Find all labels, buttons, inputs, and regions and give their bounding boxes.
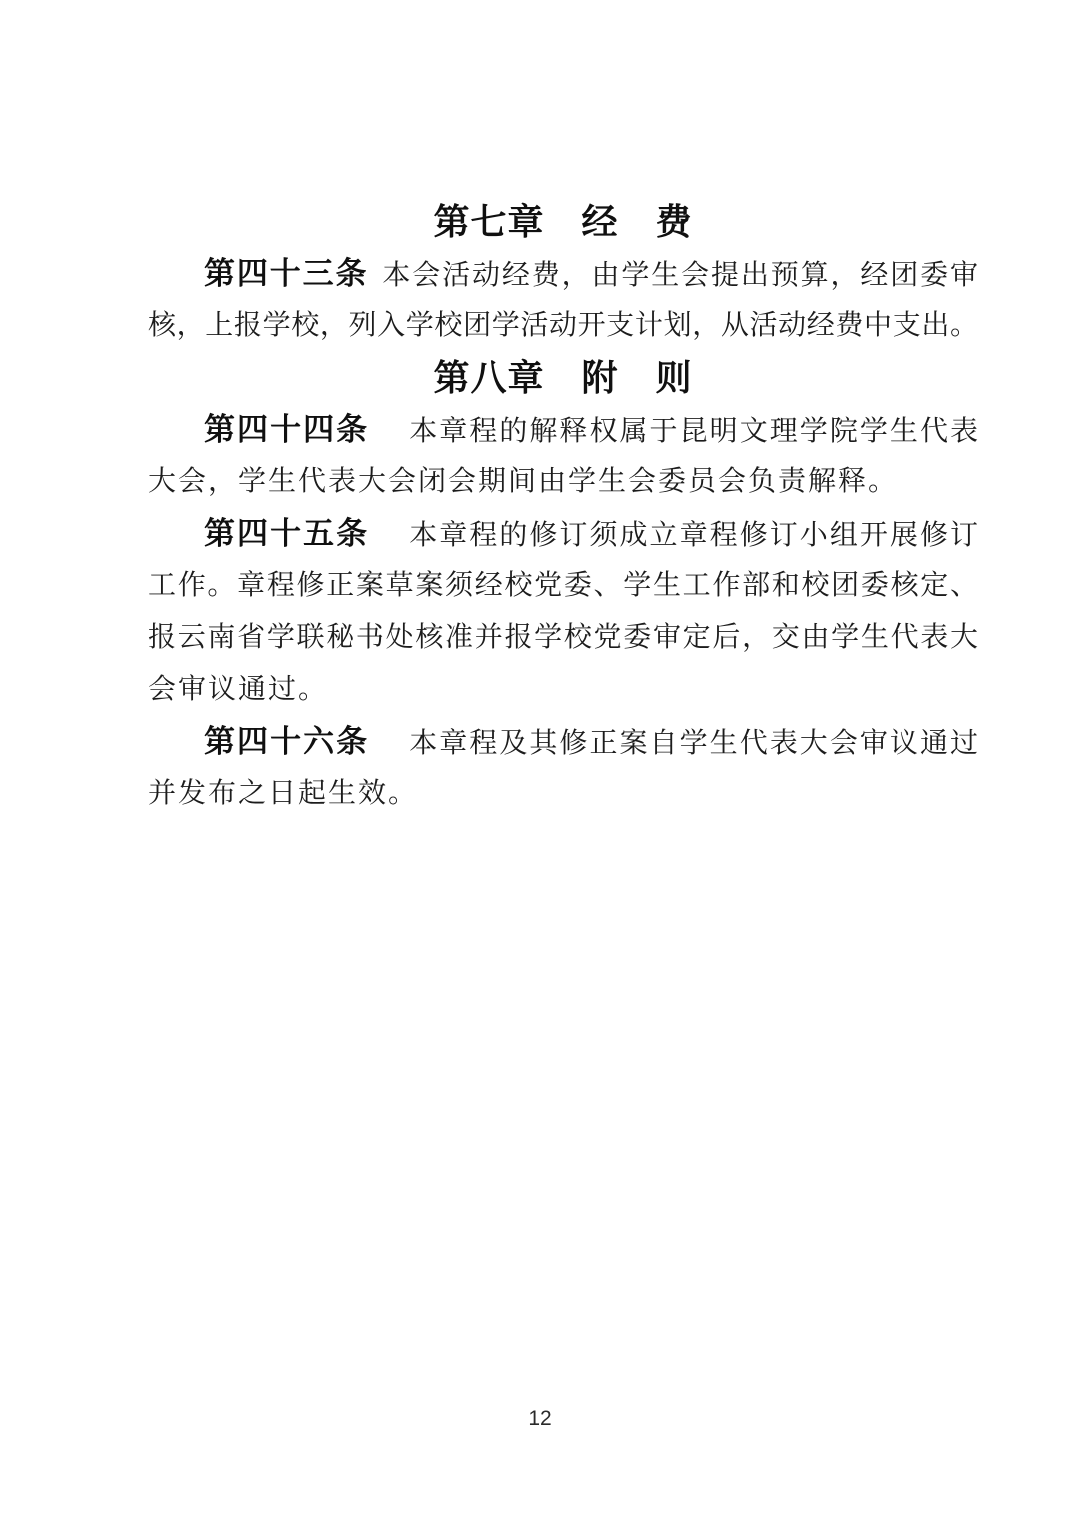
document-page: 第七章 经 费 第四十三条本会活动经费，由学生会提出预算，经团委审 核，上报学校… — [0, 0, 1080, 1527]
article-43-text-1: 本会活动经费，由学生会提出预算，经团委审 — [382, 260, 978, 291]
article-43-term: 第四十三条 — [204, 256, 368, 291]
article-46-term: 第四十六条 — [204, 724, 369, 759]
article-46-line-1: 第四十六条本章程及其修正案自学生代表大会审议通过 — [148, 716, 978, 768]
chapter-7-heading: 第七章 经 费 — [148, 196, 978, 248]
article-45-line-4: 会审议通过。 — [148, 664, 978, 716]
chapter-8-heading: 第八章 附 则 — [148, 352, 978, 404]
page-number: 12 — [0, 1402, 1080, 1436]
article-44-line-1: 第四十四条本章程的解释权属于昆明文理学院学生代表 — [148, 404, 978, 456]
article-44-term: 第四十四条 — [204, 412, 369, 447]
article-45-line-2: 工作。章程修正案草案须经校党委、学生工作部和校团委核定、 — [148, 560, 978, 612]
article-43-line-1: 第四十三条本会活动经费，由学生会提出预算，经团委审 — [148, 248, 978, 300]
article-46-text-1: 本章程及其修正案自学生代表大会审议通过 — [409, 728, 978, 759]
article-45-term: 第四十五条 — [204, 516, 369, 551]
article-45-text-1: 本章程的修订须成立章程修订小组开展修订 — [409, 520, 978, 551]
article-43-line-2: 核，上报学校，列入学校团学活动开支计划，从活动经费中支出。 — [148, 300, 978, 352]
article-45-line-3: 报云南省学联秘书处核准并报学校党委审定后，交由学生代表大 — [148, 612, 978, 664]
document-body: 第七章 经 费 第四十三条本会活动经费，由学生会提出预算，经团委审 核，上报学校… — [148, 196, 978, 820]
article-44-line-2: 大会，学生代表大会闭会期间由学生会委员会负责解释。 — [148, 456, 978, 508]
article-46-line-2: 并发布之日起生效。 — [148, 768, 978, 820]
article-45-line-1: 第四十五条本章程的修订须成立章程修订小组开展修订 — [148, 508, 978, 560]
article-44-text-1: 本章程的解释权属于昆明文理学院学生代表 — [409, 416, 978, 447]
